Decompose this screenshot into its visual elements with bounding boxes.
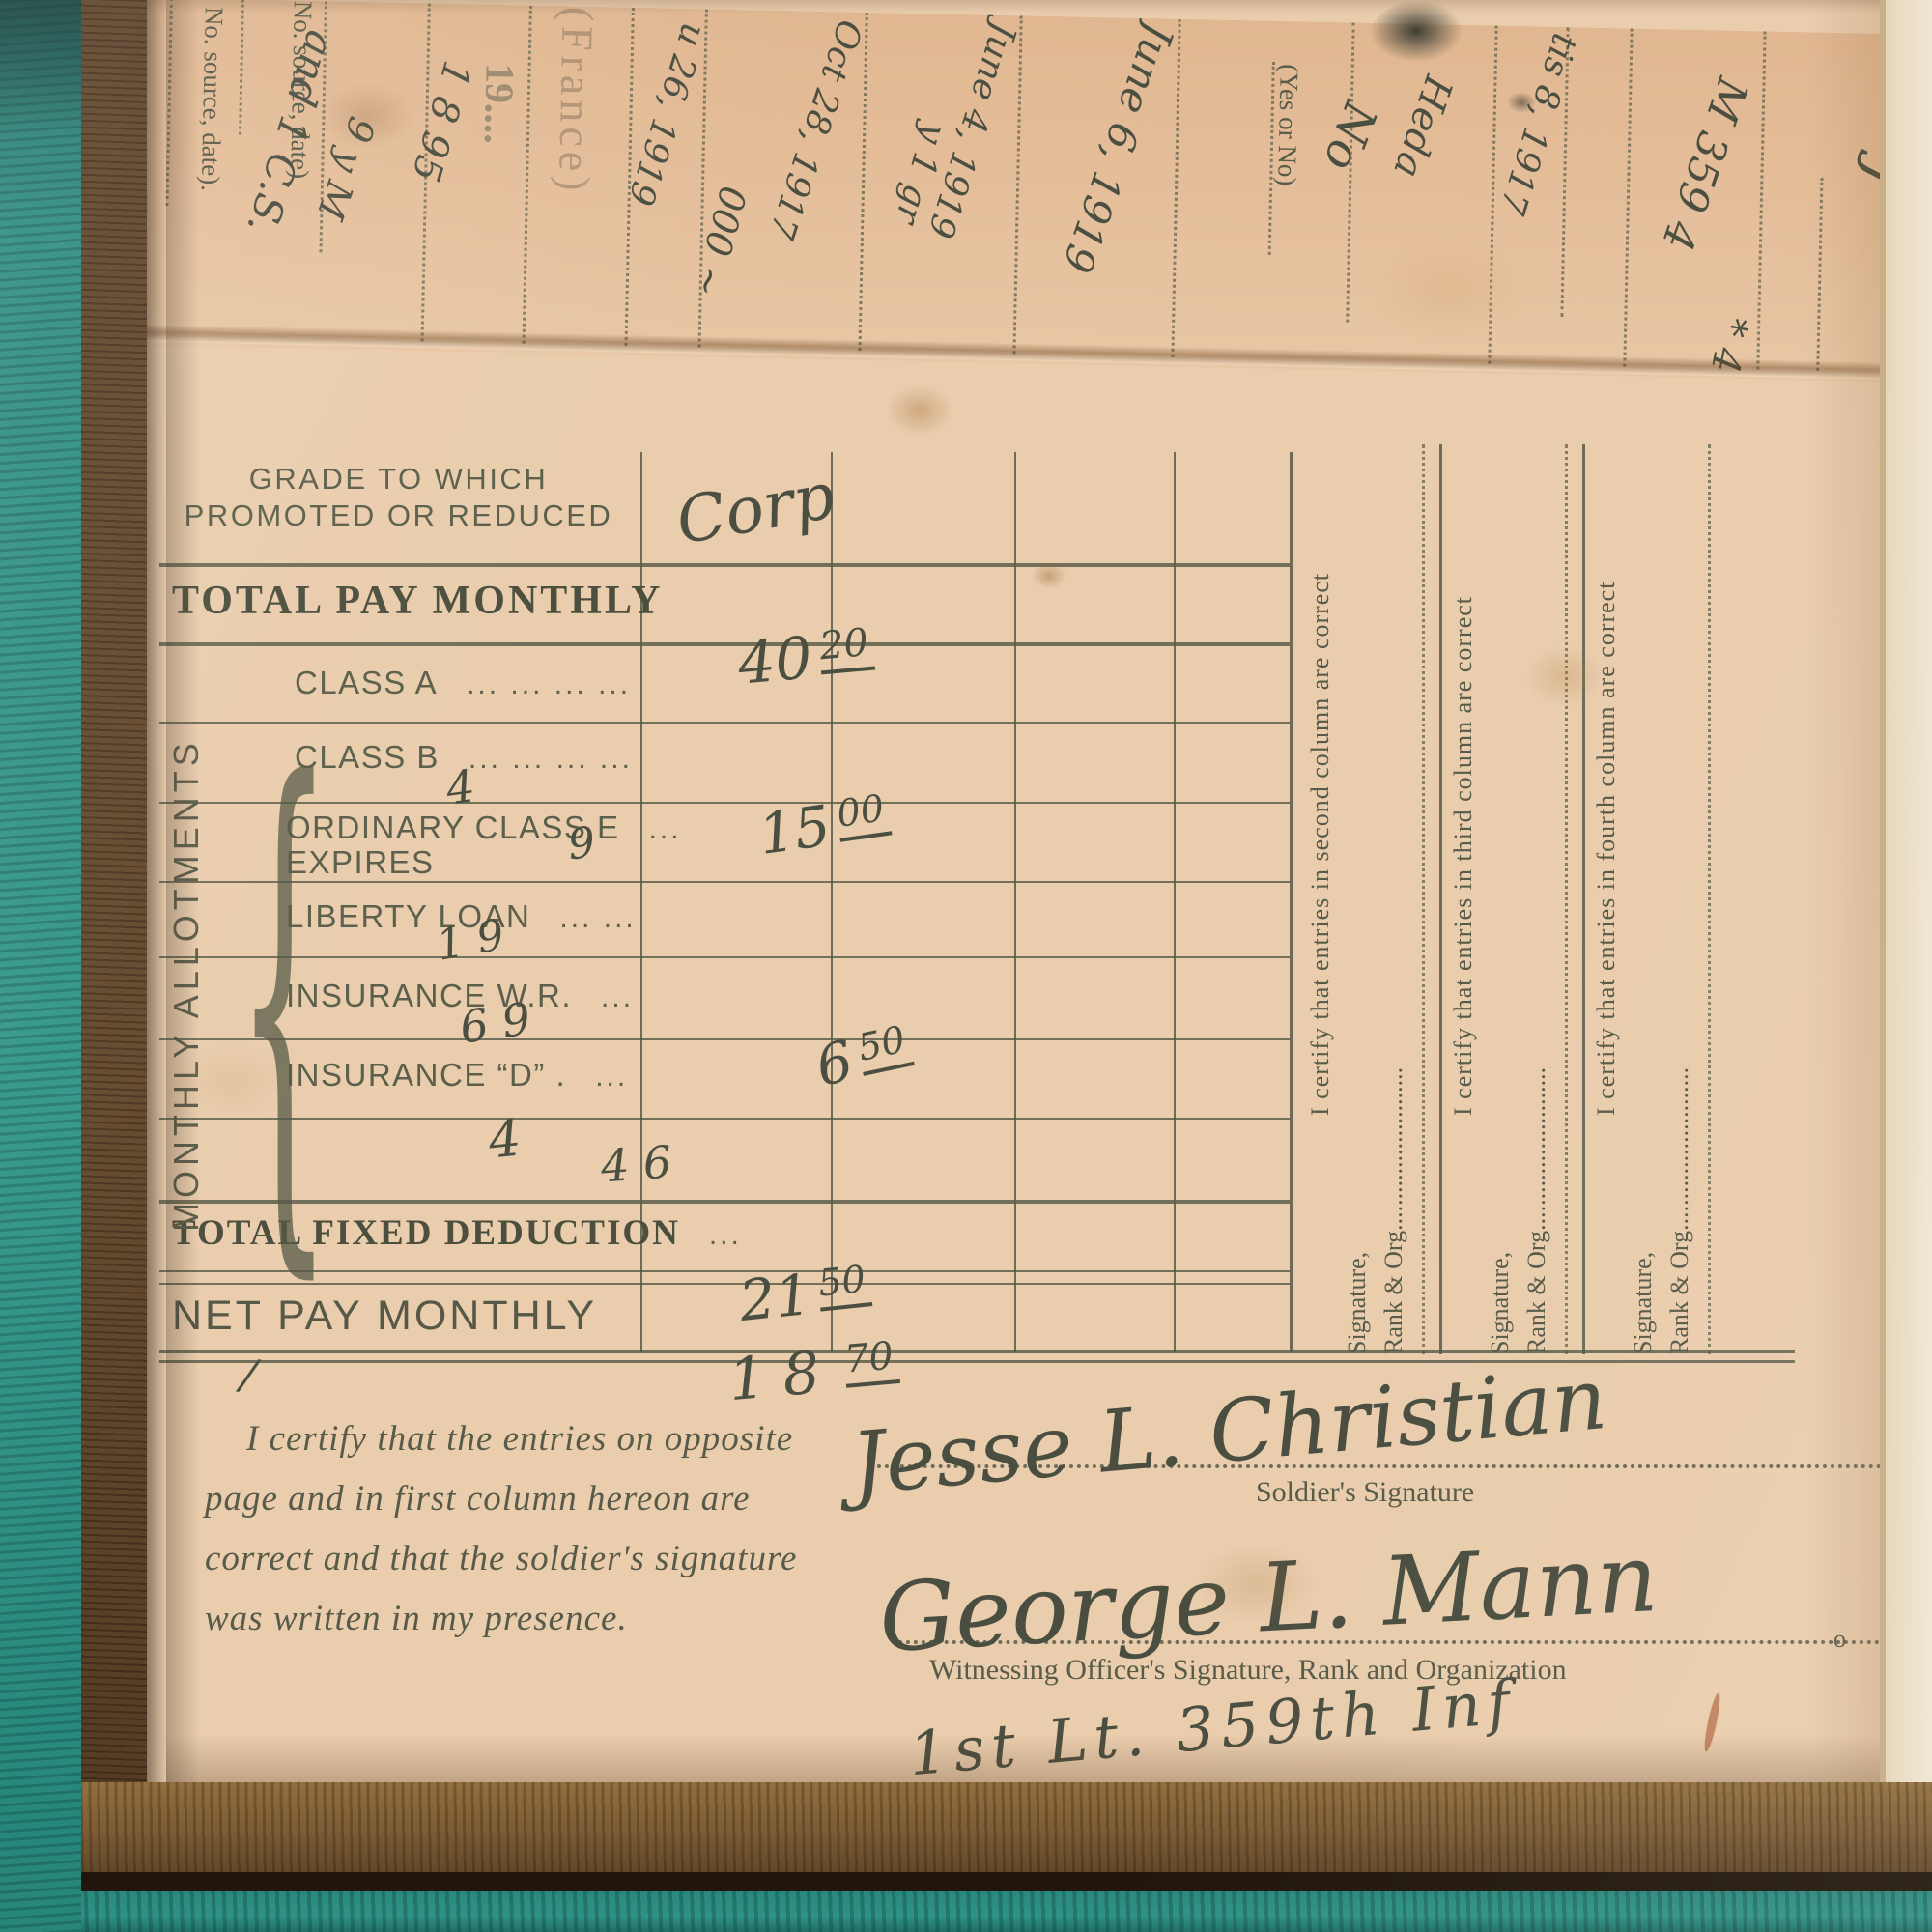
leader-dots: ...: [595, 1061, 628, 1093]
pencil-scribble: 4 6: [599, 1136, 673, 1193]
handwriting-mark: M 359 4: [1652, 71, 1757, 256]
value-cents: 00: [833, 785, 892, 841]
signature-label: Signature,: [1343, 918, 1372, 1354]
dotted-signature-column-line: [1422, 444, 1425, 1354]
ink-spot: [1507, 92, 1536, 113]
teal-frame-left: [0, 0, 81, 1932]
paper-shadow-left: [166, 0, 199, 1782]
value-dollars: 40: [735, 624, 814, 697]
value-cents: 70: [841, 1333, 900, 1388]
table-border-line: [1290, 452, 1293, 1352]
dotted-column-line: [239, 0, 244, 135]
paper-edge-right: [1886, 0, 1932, 1782]
dotted-column-line: [523, 6, 532, 344]
top-folded-section: No. source, date). No. source, date) 19.…: [0, 0, 1932, 383]
value-class-b: 1500: [675, 719, 904, 944]
certification-divider-line: [1439, 444, 1442, 1354]
row-label-class-a: CLASS A ... ... ... ...: [295, 665, 631, 701]
paper-shadow-top: [0, 0, 1932, 14]
dotted-signature-column-line: [1565, 444, 1568, 1354]
handwriting-mark: 1 8 95: [403, 56, 480, 186]
rotated-label-yes-or-no: (Yes or No): [1271, 64, 1304, 186]
row-label-total-pay: TOTAL PAY MONTHLY: [172, 578, 663, 624]
signature-label: Signature,: [1486, 918, 1515, 1354]
certification-signature-block: Signature, Rank & Org...................…: [1629, 918, 1706, 1354]
leader-dots: ...: [649, 813, 682, 845]
row-label-grade-line1: GRADE TO WHICH: [159, 462, 638, 497]
value-cents: 50: [853, 1016, 915, 1075]
certify-paragraph-line1: I certify that the entries on opposite: [246, 1418, 793, 1460]
rank-org-label: Rank & Org..........................: [1379, 918, 1408, 1354]
handwriting-mark: tis 8, 1917: [1492, 29, 1584, 219]
leader-dots: ... ... ... ...: [469, 743, 633, 775]
dotted-column-line: [858, 13, 867, 351]
frame-shadow-left: [147, 0, 168, 1782]
leader-dots: ... ... ... ...: [467, 668, 631, 700]
row-label-grade-line2: PROMOTED OR REDUCED: [159, 498, 638, 533]
handwriting-mark: Oct 28, 1917: [760, 14, 869, 243]
certification-statement-third-column: I certify that entries in third column a…: [1449, 440, 1478, 1116]
pencil-scribble: 6 9: [457, 992, 534, 1054]
paper-shadow-right: [1806, 0, 1886, 1782]
handwriting-mark: No: [1312, 95, 1387, 178]
teal-frame-bottom: [0, 1891, 1932, 1932]
rotated-label-france: (France): [549, 6, 604, 196]
handwriting-mark: 9 y M: [309, 112, 384, 225]
handwriting-mark: June 6, 1919: [1053, 17, 1183, 279]
certification-statement-fourth-column: I certify that entries in fourth column …: [1592, 440, 1621, 1116]
paper-shadow-bottom: [166, 1734, 1932, 1782]
certify-paragraph-line3: correct and that the soldier's signature: [205, 1538, 797, 1579]
rotated-label-year: 19....: [474, 63, 523, 145]
framed-document-photo: No. source, date). No. source, date) 19.…: [0, 0, 1932, 1932]
handwriting-mark: 000 ~: [684, 182, 754, 301]
signature-label: Signature,: [1629, 918, 1658, 1354]
allotments-brace: {: [236, 676, 332, 1323]
certify-paragraph-line2: page and in first column hereon are: [205, 1478, 751, 1520]
row-label-ordinary-class-e: ORDINARY CLASS E ...: [286, 810, 682, 846]
rotated-label-no-source-date: No. source, date).: [195, 7, 229, 192]
value-dollars: 6: [810, 1028, 859, 1099]
dotted-signature-column-line: [1708, 444, 1711, 1354]
dotted-column-line: [1623, 29, 1633, 367]
handwriting-mark: Heda: [1384, 71, 1461, 184]
value-dollars: 15: [754, 792, 835, 867]
rank-org-label: Rank & Org..........................: [1522, 918, 1551, 1354]
pencil-scribble: 9: [565, 818, 597, 870]
dotted-column-line: [1171, 19, 1180, 357]
leader-dots: ...: [601, 981, 634, 1013]
rank-org-label: Rank & Org..........................: [1665, 918, 1694, 1354]
certification-signature-block: Signature, Rank & Org...................…: [1486, 918, 1563, 1354]
wood-frame-bottom: [81, 1782, 1932, 1879]
certification-signature-block: Signature, Rank & Org...................…: [1343, 918, 1420, 1354]
value-dollars: 18: [725, 1338, 839, 1415]
soldier-signature-label: Soldier's Signature: [1256, 1476, 1474, 1509]
certification-statement-second-column: I certify that entries in second column …: [1306, 440, 1335, 1116]
pencil-scribble: 4: [486, 1109, 524, 1170]
certify-paragraph-line4: was written in my presence.: [205, 1598, 628, 1639]
leader-dots: ... ...: [559, 902, 636, 934]
certification-divider-line: [1582, 444, 1585, 1354]
table-column-line: [1174, 452, 1176, 1352]
dotted-column-line: [1756, 31, 1766, 369]
row-label-insurance-d: INSURANCE “D” . ...: [286, 1057, 628, 1094]
frame-corner-shade: [0, 0, 81, 135]
value-cents: 20: [816, 620, 875, 675]
wood-frame-left: [81, 0, 147, 1782]
table-column-line: [1014, 452, 1016, 1352]
handwriting-mark: u 26, 1919: [620, 18, 714, 210]
dotted-column-line: [1012, 15, 1022, 354]
